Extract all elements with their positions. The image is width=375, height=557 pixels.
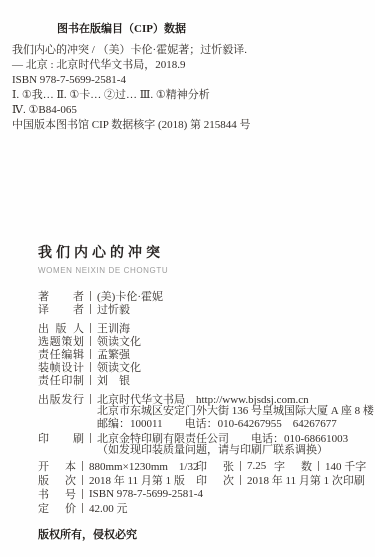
print-supervisor-row: 责任印制 刘 银: [38, 373, 363, 386]
translator-value: 过忻毅: [97, 301, 130, 317]
spec-row-2: 版次 2018 年 11 月第 1 版 印次 2018 年 11 月第 1 次印…: [38, 473, 363, 487]
printer-label: 印刷: [38, 430, 84, 446]
editor-row: 责任编辑 孟繁强: [38, 347, 363, 360]
divider: [90, 394, 91, 404]
book-title: 我们内心的冲突: [38, 245, 363, 259]
print-supervisor-label: 责任印制: [38, 372, 84, 388]
divider: [90, 323, 91, 333]
spec-impression-value: 2018 年 11 月第 1 次印刷: [247, 472, 365, 488]
divider: [82, 475, 83, 485]
publishing-group: 出版发行 北京时代华文书局 http://www.bjsdsj.com.cn 北…: [38, 392, 363, 457]
book-title-pinyin: WOMEN NEIXIN DE CHONGTU: [38, 266, 363, 276]
translator-label: 译者: [38, 301, 84, 317]
cip-classification-line-2: Ⅳ. ①B84-065: [12, 103, 363, 118]
divider: [90, 336, 91, 346]
publisher-person-row: 出版人 王训海: [38, 321, 363, 334]
translator-row: 译者 过忻毅: [38, 302, 363, 315]
spec-price: 定价 42.00 元: [38, 500, 128, 516]
divider: [82, 461, 83, 471]
cip-record-line: 中国版本图书馆 CIP 数据核字 (2018) 第 215844 号: [12, 118, 363, 133]
divider: [82, 503, 83, 513]
divider: [90, 349, 91, 359]
divider: [90, 375, 91, 385]
cip-block: 图书在版编目（CIP）数据 我们内心的冲突 / （美）卡伦·霍妮著；过忻毅译. …: [12, 22, 363, 133]
author-row: 著者 (美)卡伦·霍妮: [38, 289, 363, 302]
divider: [90, 291, 91, 301]
spec-impression: 印次 2018 年 11 月第 1 次印刷: [196, 472, 365, 488]
planning-row: 选题策划 领读文化: [38, 334, 363, 347]
divider: [90, 362, 91, 372]
cip-publisher-line: — 北京 : 北京时代华文书局，2018.9: [12, 58, 363, 73]
divider: [240, 475, 241, 485]
divider: [240, 461, 241, 471]
copyright-notice: 版权所有，侵权必究: [38, 529, 363, 542]
spec-price-label: 定价: [38, 500, 76, 516]
divider: [82, 489, 83, 499]
publisher-label: 出版发行: [38, 391, 84, 407]
print-supervisor-value: 刘 银: [97, 372, 130, 388]
spec-price-value: 42.00 元: [89, 500, 128, 516]
publisher-row: 出版发行 北京时代华文书局 http://www.bjsdsj.com.cn: [38, 392, 363, 405]
cip-classification-line-1: Ⅰ. ①我… Ⅱ. ①卡… ②过… Ⅲ. ①精神分析: [12, 88, 363, 103]
divider: [318, 461, 319, 471]
spec-row-1: 开本 880mm×1230mm 1/32 印张 7.25 字数 140 千字: [38, 459, 363, 473]
specs-group: 开本 880mm×1230mm 1/32 印张 7.25 字数 140 千字: [38, 459, 363, 515]
cip-isbn-line: ISBN 978-7-5699-2581-4: [12, 73, 363, 88]
spec-book-number-value: ISBN 978-7-5699-2581-4: [89, 488, 203, 500]
colophon: 我们内心的冲突 WOMEN NEIXIN DE CHONGTU 著者 (美)卡伦…: [38, 245, 363, 542]
divider: [90, 433, 91, 443]
printer-row: 印刷 北京金特印刷有限责任公司 电话：010-68661003: [38, 431, 363, 444]
printer-note: （如发现印装质量问题，请与印刷厂联系调换）: [97, 444, 363, 457]
cip-heading: 图书在版编目（CIP）数据: [57, 22, 363, 37]
copyright-page: 图书在版编目（CIP）数据 我们内心的冲突 / （美）卡伦·霍妮著；过忻毅译. …: [0, 0, 375, 557]
author-group: 著者 (美)卡伦·霍妮 译者 过忻毅: [38, 289, 363, 315]
staff-group: 出版人 王训海 选题策划 领读文化 责任编辑 孟繁强 装帧设计 领读文化 责任印…: [38, 321, 363, 386]
divider: [90, 304, 91, 314]
publisher-address: 北京市东城区安定门外大街 136 号皇城国际大厦 A 座 8 楼: [97, 405, 363, 418]
spec-sheets-value: 7.25: [247, 460, 266, 472]
cip-title-line: 我们内心的冲突 / （美）卡伦·霍妮著；过忻毅译.: [12, 43, 363, 58]
design-row: 装帧设计 领读文化: [38, 360, 363, 373]
spec-row-4: 定价 42.00 元: [38, 501, 363, 515]
spec-row-3: 书号 ISBN 978-7-5699-2581-4: [38, 487, 363, 501]
